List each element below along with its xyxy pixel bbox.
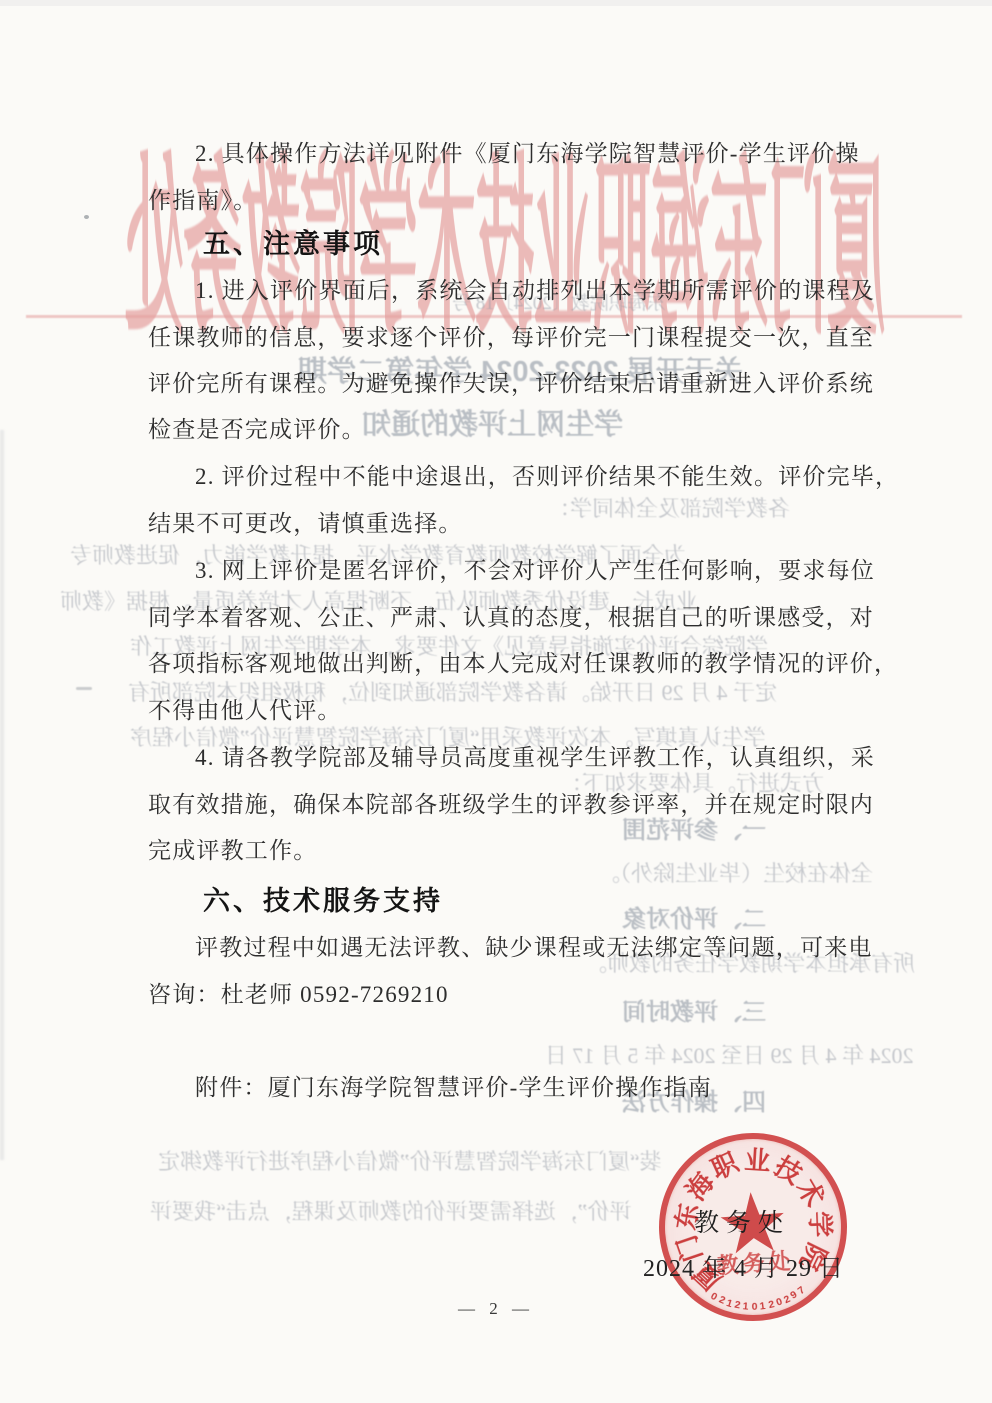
bleedthrough-line: 学生网上评教的通知 xyxy=(362,408,623,443)
document-line: 咨询：杜老师 0592-7269210 xyxy=(148,981,449,1009)
document-line: 评价完所有课程。为避免操作失误，评价结束后请重新进入评价系统 xyxy=(148,370,874,398)
document-line: 1. 进入评价界面后，系统会自动排列出本学期所需评价的课程及 xyxy=(195,277,875,305)
bleedthrough-line: 全体在校生（毕业生除外）。 xyxy=(598,861,873,887)
document-line: 各项指标客观地做出判断，由本人完成对任课教师的教学情况的评价， xyxy=(148,650,898,678)
issuing-department: 教务处 xyxy=(694,1209,790,1239)
document-page: 厦门东海职业技术学院教务处 东海职院教〔2024〕18 号关于开展 2023-2… xyxy=(0,0,992,1403)
scan-speck xyxy=(76,687,92,690)
document-line: 完成评教工作。 xyxy=(148,837,317,865)
scan-edge-shadow xyxy=(0,0,992,6)
bleedthrough-line: 三、评教时间 xyxy=(622,999,766,1028)
scan-speck xyxy=(84,215,89,219)
document-line: 2. 具体操作方法详见附件《厦门东海学院智慧评价-学生评价操 xyxy=(195,140,860,168)
section-heading: 五、注意事项 xyxy=(203,228,383,260)
bleedthrough-line: 装“厦门东海学院智慧评价”微信小程序进行评教绑定 xyxy=(158,1149,662,1175)
bleedthrough-line: 一、参评范围 xyxy=(622,817,766,846)
document-line: 取有效措施，确保本院部各班级学生的评教参评率，并在规定时限内 xyxy=(148,791,874,819)
document-line: 检查是否完成评价。 xyxy=(148,416,366,444)
seal-serial-digit: 1 xyxy=(759,1301,766,1312)
seal-serial-digit: 0 xyxy=(751,1302,757,1313)
document-line: 4. 请各教学院部及辅导员高度重视学生评教工作，认真组织，采 xyxy=(195,744,875,772)
document-line: 附件：厦门东海学院智慧评价-学生评价操作指南 xyxy=(195,1074,712,1102)
issue-date: 2024 年 4 月 29 日 xyxy=(643,1255,844,1284)
scan-edge-streak xyxy=(0,430,4,1160)
document-line: 任课教师的信息，要求逐个评价，每评价完一门课程提交一次，直至 xyxy=(148,324,874,352)
document-line: 评教过程中如遇无法评教、缺少课程或无法绑定等问题，可来电 xyxy=(195,934,873,962)
page-number: — 2 — xyxy=(430,1299,562,1319)
section-heading: 六、技术服务支持 xyxy=(203,885,443,917)
seal-ring-char: 学 xyxy=(806,1211,833,1238)
bleedthrough-line: 各教学院部及全体同学： xyxy=(548,496,790,522)
seal-ring-char: 业 xyxy=(743,1146,771,1174)
document-line: 3. 网上评价是匿名评价，不会对评价人产生任何影响，要求每位 xyxy=(195,557,875,585)
bleedthrough-line: 2024 年 4 月 29 日至 2024 年 5 月 17 日 xyxy=(545,1043,914,1069)
bleedthrough-line: 评价”，选择需要评价的教师及课程，点击“我要评 xyxy=(150,1199,632,1225)
document-line: 不得由他人代评。 xyxy=(148,697,342,725)
document-line: 结果不可更改，请慎重选择。 xyxy=(148,510,463,538)
document-line: 同学本着客观、公正、严肃、认真的态度，根据自己的听课感受，对 xyxy=(148,604,874,632)
bleedthrough-line: 二、评价对象 xyxy=(622,906,766,935)
document-line: 作指南》。 xyxy=(148,187,258,215)
document-line: 2. 评价过程中不能中途退出，否则评价结果不能生效。评价完毕， xyxy=(195,463,899,491)
